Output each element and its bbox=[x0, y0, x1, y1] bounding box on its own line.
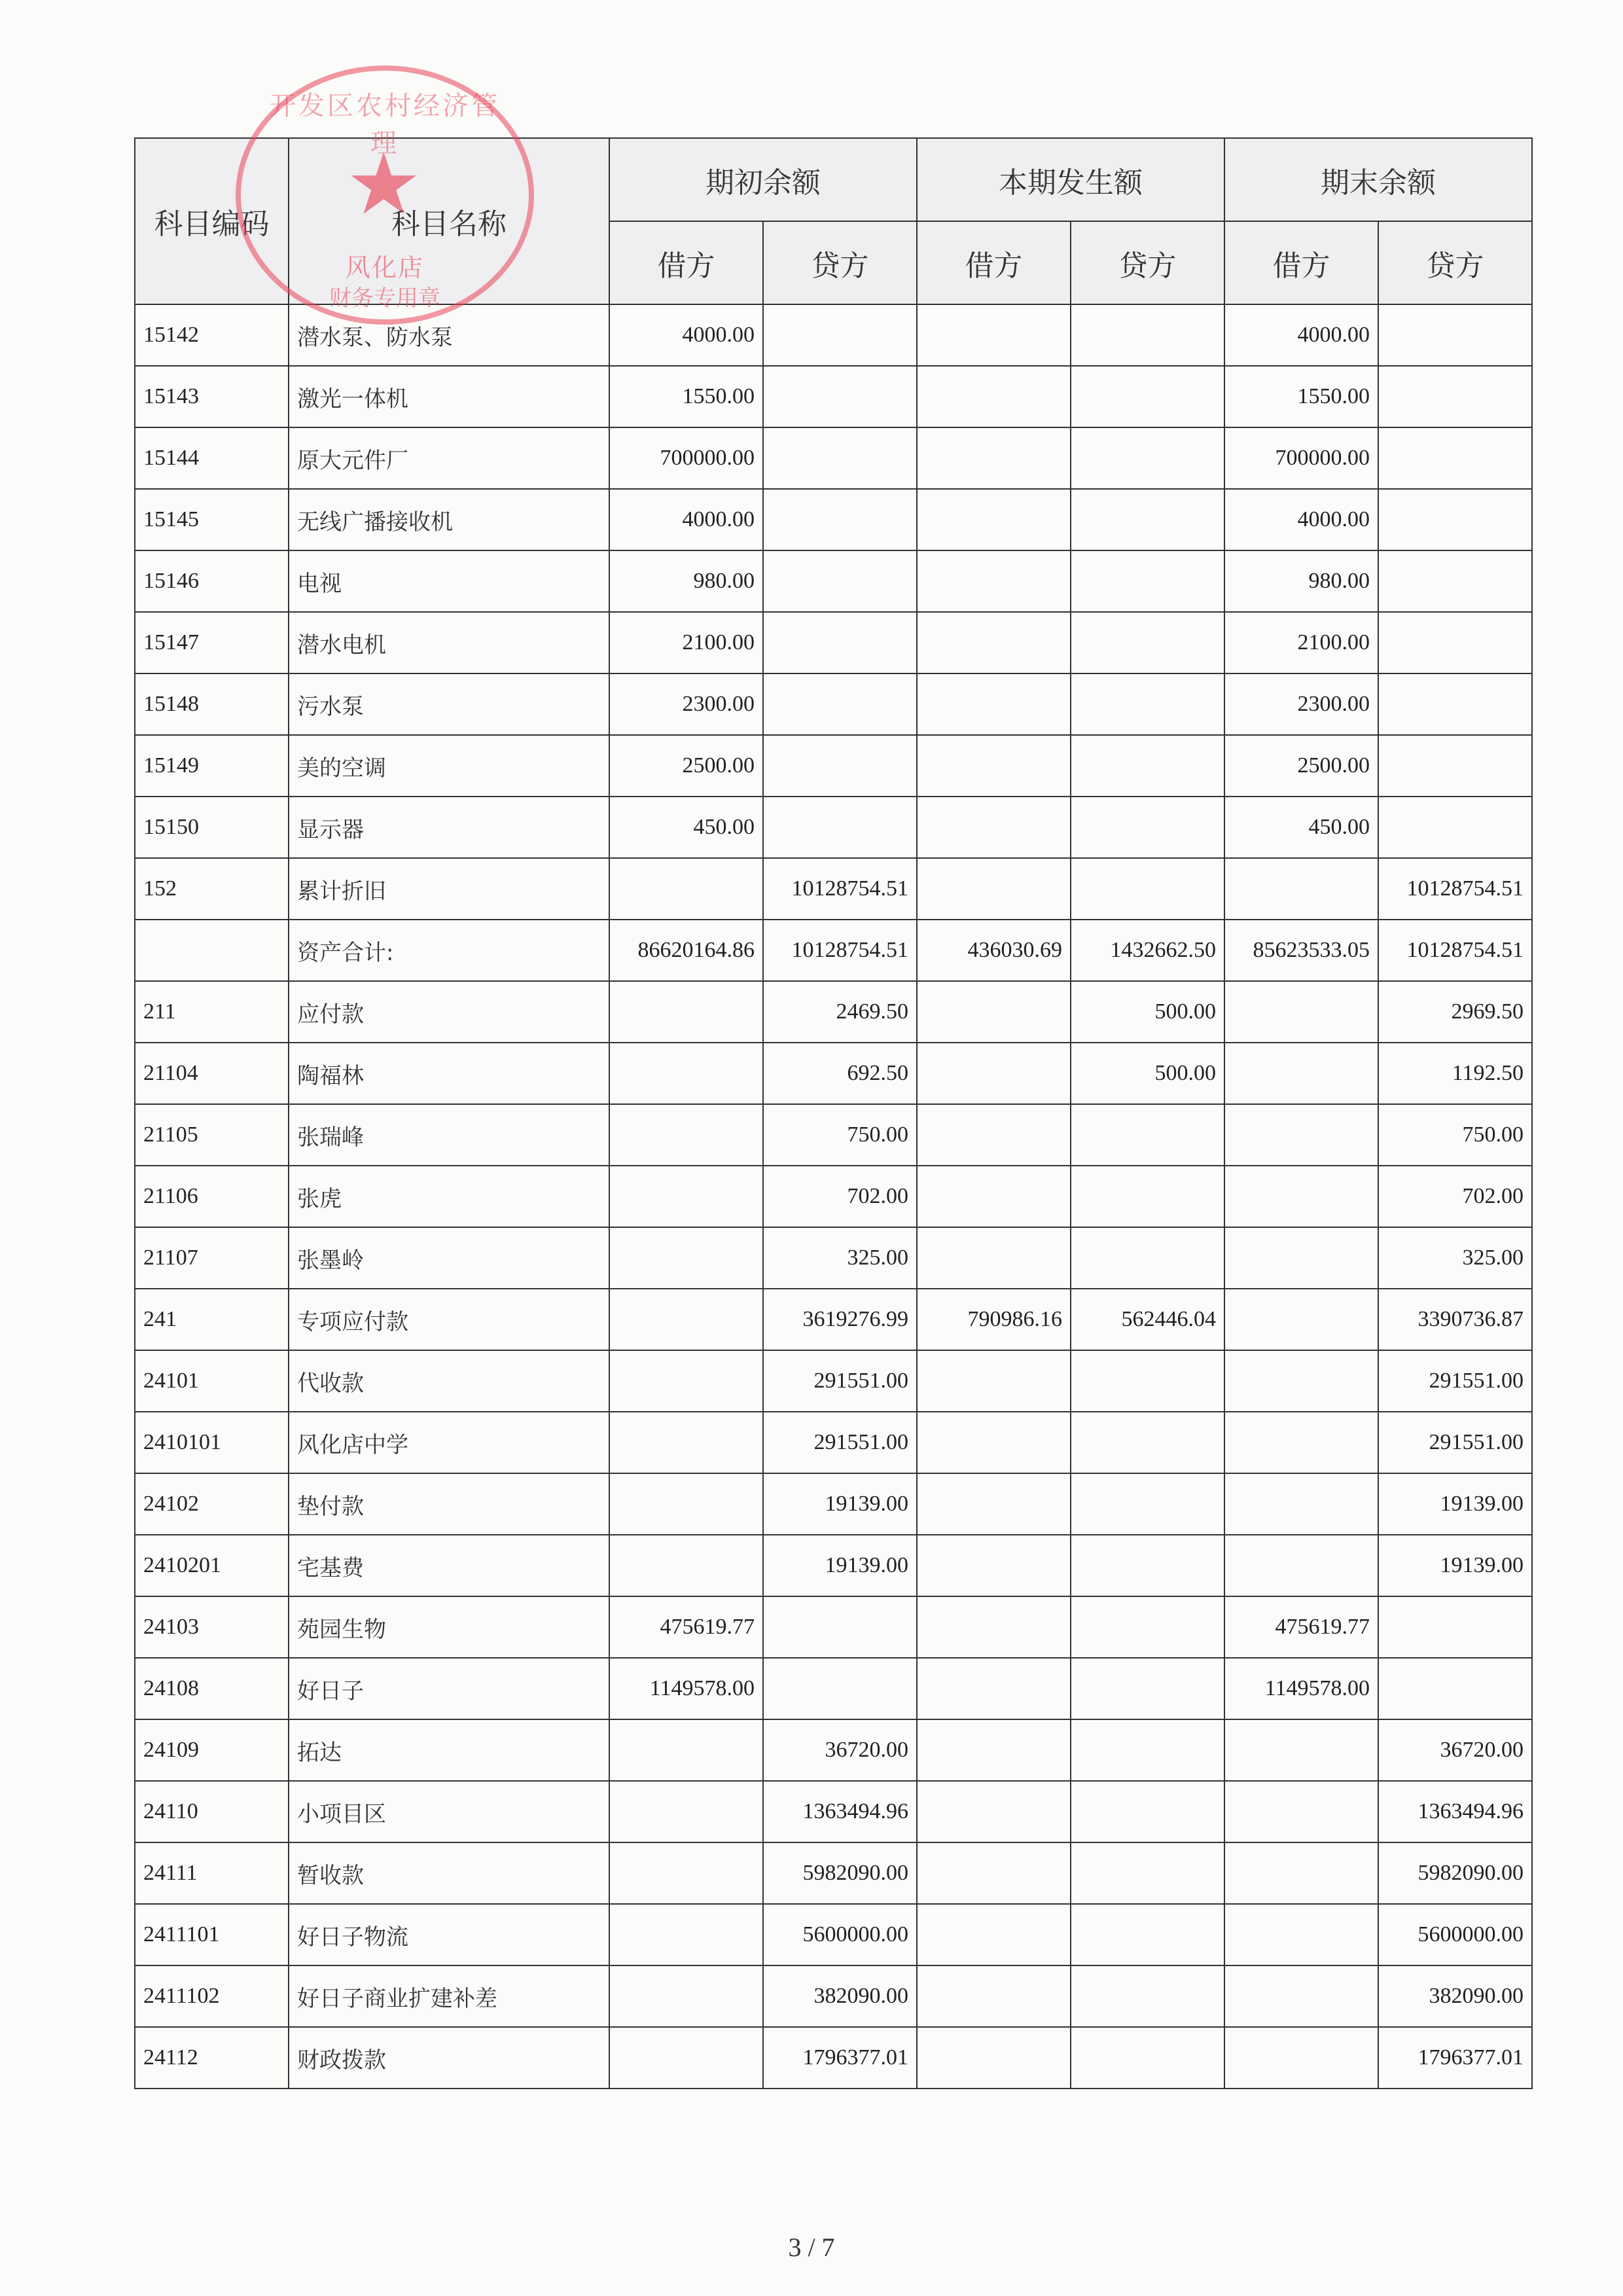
period-debit-cell bbox=[917, 673, 1071, 735]
opening-credit-cell bbox=[763, 550, 917, 612]
header-period-credit: 贷方 bbox=[1071, 221, 1224, 304]
header-opening-balance: 期初余额 bbox=[609, 138, 917, 221]
account-code: 24103 bbox=[135, 1596, 289, 1658]
closing-debit-cell: 4000.00 bbox=[1224, 489, 1378, 550]
opening-credit-cell: 291551.00 bbox=[763, 1412, 917, 1473]
period-credit-cell: 562446.04 bbox=[1071, 1289, 1224, 1350]
period-debit-cell bbox=[917, 489, 1071, 550]
account-name: 潜水泵、防水泵 bbox=[289, 304, 609, 366]
closing-debit-cell bbox=[1224, 1350, 1378, 1412]
balance-table: 科目编码 科目名称 期初余额 本期发生额 期末余额 借方 贷方 借方 贷方 借方… bbox=[134, 137, 1533, 2089]
opening-debit-cell bbox=[609, 1535, 763, 1596]
opening-debit-cell: 475619.77 bbox=[609, 1596, 763, 1658]
period-credit-cell bbox=[1071, 1719, 1224, 1781]
period-credit-cell bbox=[1071, 550, 1224, 612]
closing-debit-cell: 2500.00 bbox=[1224, 735, 1378, 797]
opening-debit-cell bbox=[609, 2027, 763, 2089]
account-name: 垫付款 bbox=[289, 1473, 609, 1535]
opening-debit-cell bbox=[609, 1719, 763, 1781]
closing-credit-cell: 19139.00 bbox=[1378, 1535, 1532, 1596]
period-credit-cell bbox=[1071, 673, 1224, 735]
table-row: 24109拓达36720.0036720.00 bbox=[135, 1719, 1532, 1781]
period-credit-cell: 500.00 bbox=[1071, 981, 1224, 1043]
period-credit-cell bbox=[1071, 2027, 1224, 2089]
opening-credit-cell: 3619276.99 bbox=[763, 1289, 917, 1350]
period-credit-cell bbox=[1071, 1227, 1224, 1289]
closing-debit-cell bbox=[1224, 1166, 1378, 1227]
period-debit-cell bbox=[917, 366, 1071, 427]
table-body: 15142潜水泵、防水泵4000.004000.0015143激光一体机1550… bbox=[135, 304, 1532, 2089]
table-row: 2410101风化店中学291551.00291551.00 bbox=[135, 1412, 1532, 1473]
table-row: 15144原大元件厂700000.00700000.00 bbox=[135, 427, 1532, 489]
closing-debit-cell: 450.00 bbox=[1224, 797, 1378, 858]
opening-credit-cell bbox=[763, 1596, 917, 1658]
account-code: 15142 bbox=[135, 304, 289, 366]
account-name: 资产合计: bbox=[289, 920, 609, 981]
closing-credit-cell bbox=[1378, 304, 1532, 366]
table-row: 24103苑园生物475619.77475619.77 bbox=[135, 1596, 1532, 1658]
period-debit-cell bbox=[917, 1904, 1071, 1965]
closing-credit-cell bbox=[1378, 735, 1532, 797]
opening-credit-cell: 291551.00 bbox=[763, 1350, 917, 1412]
period-credit-cell bbox=[1071, 489, 1224, 550]
opening-credit-cell: 5982090.00 bbox=[763, 1842, 917, 1904]
period-credit-cell bbox=[1071, 1658, 1224, 1719]
opening-credit-cell bbox=[763, 1658, 917, 1719]
opening-debit-cell: 4000.00 bbox=[609, 489, 763, 550]
closing-debit-cell: 1550.00 bbox=[1224, 366, 1378, 427]
account-name: 无线广播接收机 bbox=[289, 489, 609, 550]
account-name: 累计折旧 bbox=[289, 858, 609, 920]
account-code: 24102 bbox=[135, 1473, 289, 1535]
header-account-name: 科目名称 bbox=[289, 138, 609, 304]
table-row: 15150显示器450.00450.00 bbox=[135, 797, 1532, 858]
period-debit-cell bbox=[917, 1596, 1071, 1658]
opening-credit-cell: 325.00 bbox=[763, 1227, 917, 1289]
account-name: 宅基费 bbox=[289, 1535, 609, 1596]
opening-debit-cell: 2300.00 bbox=[609, 673, 763, 735]
account-code: 15148 bbox=[135, 673, 289, 735]
opening-credit-cell: 19139.00 bbox=[763, 1535, 917, 1596]
closing-debit-cell bbox=[1224, 858, 1378, 920]
account-code: 15147 bbox=[135, 612, 289, 673]
account-name: 污水泵 bbox=[289, 673, 609, 735]
opening-credit-cell: 702.00 bbox=[763, 1166, 917, 1227]
table-row: 21104陶福林692.50500.001192.50 bbox=[135, 1043, 1532, 1104]
account-code bbox=[135, 920, 289, 981]
opening-credit-cell bbox=[763, 366, 917, 427]
table-row: 15149美的空调2500.002500.00 bbox=[135, 735, 1532, 797]
closing-debit-cell bbox=[1224, 2027, 1378, 2089]
account-code: 24109 bbox=[135, 1719, 289, 1781]
opening-debit-cell bbox=[609, 1904, 763, 1965]
account-name: 好日子 bbox=[289, 1658, 609, 1719]
table-row: 2410201宅基费19139.0019139.00 bbox=[135, 1535, 1532, 1596]
closing-debit-cell: 1149578.00 bbox=[1224, 1658, 1378, 1719]
closing-credit-cell: 5982090.00 bbox=[1378, 1842, 1532, 1904]
account-code: 21107 bbox=[135, 1227, 289, 1289]
period-debit-cell bbox=[917, 1412, 1071, 1473]
opening-credit-cell: 692.50 bbox=[763, 1043, 917, 1104]
table-row: 211应付款2469.50500.002969.50 bbox=[135, 981, 1532, 1043]
closing-debit-cell bbox=[1224, 1904, 1378, 1965]
opening-debit-cell bbox=[609, 1227, 763, 1289]
opening-debit-cell bbox=[609, 1166, 763, 1227]
period-debit-cell: 436030.69 bbox=[917, 920, 1071, 981]
opening-debit-cell bbox=[609, 1412, 763, 1473]
closing-credit-cell: 382090.00 bbox=[1378, 1965, 1532, 2027]
account-code: 24108 bbox=[135, 1658, 289, 1719]
closing-debit-cell bbox=[1224, 1719, 1378, 1781]
header-opening-debit: 借方 bbox=[609, 221, 763, 304]
closing-credit-cell: 10128754.51 bbox=[1378, 920, 1532, 981]
account-name: 苑园生物 bbox=[289, 1596, 609, 1658]
period-debit-cell: 790986.16 bbox=[917, 1289, 1071, 1350]
account-name: 张墨岭 bbox=[289, 1227, 609, 1289]
closing-credit-cell bbox=[1378, 489, 1532, 550]
account-code: 2411102 bbox=[135, 1965, 289, 2027]
period-credit-cell bbox=[1071, 366, 1224, 427]
closing-credit-cell: 19139.00 bbox=[1378, 1473, 1532, 1535]
closing-credit-cell: 3390736.87 bbox=[1378, 1289, 1532, 1350]
period-debit-cell bbox=[917, 1719, 1071, 1781]
account-name: 小项目区 bbox=[289, 1781, 609, 1842]
period-debit-cell bbox=[917, 1473, 1071, 1535]
account-code: 24111 bbox=[135, 1842, 289, 1904]
period-debit-cell bbox=[917, 1350, 1071, 1412]
period-credit-cell bbox=[1071, 1842, 1224, 1904]
account-name: 财政拨款 bbox=[289, 2027, 609, 2089]
closing-debit-cell bbox=[1224, 1781, 1378, 1842]
table-row: 21105张瑞峰750.00750.00 bbox=[135, 1104, 1532, 1166]
opening-credit-cell bbox=[763, 427, 917, 489]
closing-credit-cell: 750.00 bbox=[1378, 1104, 1532, 1166]
opening-debit-cell: 1550.00 bbox=[609, 366, 763, 427]
opening-credit-cell: 1796377.01 bbox=[763, 2027, 917, 2089]
account-name: 激光一体机 bbox=[289, 366, 609, 427]
account-name: 美的空调 bbox=[289, 735, 609, 797]
account-name: 好日子物流 bbox=[289, 1904, 609, 1965]
closing-credit-cell bbox=[1378, 1596, 1532, 1658]
period-debit-cell bbox=[917, 797, 1071, 858]
account-name: 专项应付款 bbox=[289, 1289, 609, 1350]
opening-debit-cell: 700000.00 bbox=[609, 427, 763, 489]
opening-debit-cell bbox=[609, 858, 763, 920]
header-closing-credit: 贷方 bbox=[1378, 221, 1532, 304]
account-name: 张瑞峰 bbox=[289, 1104, 609, 1166]
closing-credit-cell: 10128754.51 bbox=[1378, 858, 1532, 920]
period-debit-cell bbox=[917, 2027, 1071, 2089]
closing-debit-cell bbox=[1224, 1965, 1378, 2027]
closing-credit-cell: 1192.50 bbox=[1378, 1043, 1532, 1104]
closing-credit-cell bbox=[1378, 366, 1532, 427]
period-debit-cell bbox=[917, 427, 1071, 489]
opening-credit-cell: 10128754.51 bbox=[763, 858, 917, 920]
closing-debit-cell: 980.00 bbox=[1224, 550, 1378, 612]
closing-credit-cell: 1363494.96 bbox=[1378, 1781, 1532, 1842]
account-code: 15145 bbox=[135, 489, 289, 550]
closing-credit-cell: 325.00 bbox=[1378, 1227, 1532, 1289]
closing-debit-cell bbox=[1224, 1842, 1378, 1904]
account-code: 15146 bbox=[135, 550, 289, 612]
account-code: 15149 bbox=[135, 735, 289, 797]
period-credit-cell bbox=[1071, 1412, 1224, 1473]
account-name: 电视 bbox=[289, 550, 609, 612]
table-row: 24102垫付款19139.0019139.00 bbox=[135, 1473, 1532, 1535]
opening-debit-cell: 980.00 bbox=[609, 550, 763, 612]
period-debit-cell bbox=[917, 1227, 1071, 1289]
closing-credit-cell bbox=[1378, 612, 1532, 673]
opening-debit-cell: 450.00 bbox=[609, 797, 763, 858]
period-debit-cell bbox=[917, 1166, 1071, 1227]
closing-debit-cell bbox=[1224, 1104, 1378, 1166]
table-row: 24112财政拨款1796377.011796377.01 bbox=[135, 2027, 1532, 2089]
period-credit-cell bbox=[1071, 797, 1224, 858]
account-code: 15144 bbox=[135, 427, 289, 489]
closing-debit-cell bbox=[1224, 1535, 1378, 1596]
period-credit-cell bbox=[1071, 1104, 1224, 1166]
closing-credit-cell bbox=[1378, 427, 1532, 489]
account-name: 显示器 bbox=[289, 797, 609, 858]
closing-debit-cell: 2100.00 bbox=[1224, 612, 1378, 673]
account-name: 原大元件厂 bbox=[289, 427, 609, 489]
opening-credit-cell: 10128754.51 bbox=[763, 920, 917, 981]
opening-debit-cell bbox=[609, 1473, 763, 1535]
period-debit-cell bbox=[917, 1842, 1071, 1904]
closing-debit-cell bbox=[1224, 1043, 1378, 1104]
closing-debit-cell bbox=[1224, 1289, 1378, 1350]
period-credit-cell bbox=[1071, 427, 1224, 489]
closing-debit-cell: 475619.77 bbox=[1224, 1596, 1378, 1658]
closing-credit-cell bbox=[1378, 673, 1532, 735]
opening-credit-cell bbox=[763, 304, 917, 366]
opening-credit-cell: 1363494.96 bbox=[763, 1781, 917, 1842]
closing-debit-cell bbox=[1224, 981, 1378, 1043]
closing-debit-cell: 700000.00 bbox=[1224, 427, 1378, 489]
table-row: 241专项应付款3619276.99790986.16562446.043390… bbox=[135, 1289, 1532, 1350]
closing-credit-cell bbox=[1378, 550, 1532, 612]
closing-credit-cell bbox=[1378, 797, 1532, 858]
table-row: 24108好日子1149578.001149578.00 bbox=[135, 1658, 1532, 1719]
table-row: 资产合计:86620164.8610128754.51436030.691432… bbox=[135, 920, 1532, 981]
header-closing-debit: 借方 bbox=[1224, 221, 1378, 304]
account-name: 张虎 bbox=[289, 1166, 609, 1227]
period-debit-cell bbox=[917, 1043, 1071, 1104]
period-credit-cell: 500.00 bbox=[1071, 1043, 1224, 1104]
opening-credit-cell bbox=[763, 489, 917, 550]
account-name: 陶福林 bbox=[289, 1043, 609, 1104]
account-code: 24112 bbox=[135, 2027, 289, 2089]
table-row: 15148污水泵2300.002300.00 bbox=[135, 673, 1532, 735]
opening-credit-cell: 750.00 bbox=[763, 1104, 917, 1166]
account-name: 好日子商业扩建补差 bbox=[289, 1965, 609, 2027]
opening-debit-cell bbox=[609, 981, 763, 1043]
closing-credit-cell: 5600000.00 bbox=[1378, 1904, 1532, 1965]
closing-debit-cell bbox=[1224, 1227, 1378, 1289]
opening-credit-cell: 382090.00 bbox=[763, 1965, 917, 2027]
period-debit-cell bbox=[917, 1781, 1071, 1842]
table-row: 15145无线广播接收机4000.004000.00 bbox=[135, 489, 1532, 550]
header-period-activity: 本期发生额 bbox=[917, 138, 1224, 221]
period-credit-cell: 1432662.50 bbox=[1071, 920, 1224, 981]
account-name: 潜水电机 bbox=[289, 612, 609, 673]
closing-debit-cell: 2300.00 bbox=[1224, 673, 1378, 735]
closing-credit-cell: 1796377.01 bbox=[1378, 2027, 1532, 2089]
period-credit-cell bbox=[1071, 304, 1224, 366]
closing-debit-cell bbox=[1224, 1412, 1378, 1473]
opening-debit-cell bbox=[609, 1104, 763, 1166]
period-credit-cell bbox=[1071, 858, 1224, 920]
account-code: 24110 bbox=[135, 1781, 289, 1842]
account-code: 241 bbox=[135, 1289, 289, 1350]
opening-debit-cell bbox=[609, 1289, 763, 1350]
closing-credit-cell: 702.00 bbox=[1378, 1166, 1532, 1227]
opening-debit-cell: 86620164.86 bbox=[609, 920, 763, 981]
table-row: 24111暂收款5982090.005982090.00 bbox=[135, 1842, 1532, 1904]
account-name: 代收款 bbox=[289, 1350, 609, 1412]
period-credit-cell bbox=[1071, 612, 1224, 673]
account-name: 暂收款 bbox=[289, 1842, 609, 1904]
table-row: 24110小项目区1363494.961363494.96 bbox=[135, 1781, 1532, 1842]
period-credit-cell bbox=[1071, 1350, 1224, 1412]
closing-credit-cell bbox=[1378, 1658, 1532, 1719]
table-row: 2411102好日子商业扩建补差382090.00382090.00 bbox=[135, 1965, 1532, 2027]
period-debit-cell bbox=[917, 1535, 1071, 1596]
opening-debit-cell bbox=[609, 1842, 763, 1904]
period-debit-cell bbox=[917, 981, 1071, 1043]
table-row: 15142潜水泵、防水泵4000.004000.00 bbox=[135, 304, 1532, 366]
header-opening-credit: 贷方 bbox=[763, 221, 917, 304]
page-number: 3 / 7 bbox=[0, 2232, 1623, 2263]
table-row: 15147潜水电机2100.002100.00 bbox=[135, 612, 1532, 673]
period-credit-cell bbox=[1071, 1965, 1224, 2027]
opening-debit-cell: 2500.00 bbox=[609, 735, 763, 797]
table-row: 15143激光一体机1550.001550.00 bbox=[135, 366, 1532, 427]
account-code: 21106 bbox=[135, 1166, 289, 1227]
account-code: 21105 bbox=[135, 1104, 289, 1166]
opening-debit-cell bbox=[609, 1043, 763, 1104]
closing-debit-cell bbox=[1224, 1473, 1378, 1535]
account-code: 21104 bbox=[135, 1043, 289, 1104]
opening-credit-cell bbox=[763, 735, 917, 797]
header-account-code: 科目编码 bbox=[135, 138, 289, 304]
closing-debit-cell: 4000.00 bbox=[1224, 304, 1378, 366]
account-name: 拓达 bbox=[289, 1719, 609, 1781]
table-row: 21106张虎702.00702.00 bbox=[135, 1166, 1532, 1227]
opening-debit-cell bbox=[609, 1965, 763, 2027]
account-code: 152 bbox=[135, 858, 289, 920]
period-debit-cell bbox=[917, 1965, 1071, 2027]
opening-debit-cell: 2100.00 bbox=[609, 612, 763, 673]
opening-credit-cell bbox=[763, 797, 917, 858]
opening-credit-cell: 36720.00 bbox=[763, 1719, 917, 1781]
opening-credit-cell bbox=[763, 612, 917, 673]
period-debit-cell bbox=[917, 550, 1071, 612]
period-credit-cell bbox=[1071, 735, 1224, 797]
period-credit-cell bbox=[1071, 1781, 1224, 1842]
account-code: 15150 bbox=[135, 797, 289, 858]
opening-credit-cell: 5600000.00 bbox=[763, 1904, 917, 1965]
period-debit-cell bbox=[917, 304, 1071, 366]
closing-credit-cell: 291551.00 bbox=[1378, 1412, 1532, 1473]
closing-credit-cell: 36720.00 bbox=[1378, 1719, 1532, 1781]
period-debit-cell bbox=[917, 1104, 1071, 1166]
table-row: 152累计折旧10128754.5110128754.51 bbox=[135, 858, 1532, 920]
opening-debit-cell bbox=[609, 1350, 763, 1412]
account-code: 24101 bbox=[135, 1350, 289, 1412]
opening-debit-cell: 4000.00 bbox=[609, 304, 763, 366]
period-credit-cell bbox=[1071, 1473, 1224, 1535]
opening-debit-cell bbox=[609, 1781, 763, 1842]
table-row: 21107张墨岭325.00325.00 bbox=[135, 1227, 1532, 1289]
closing-credit-cell: 291551.00 bbox=[1378, 1350, 1532, 1412]
account-code: 211 bbox=[135, 981, 289, 1043]
period-debit-cell bbox=[917, 1658, 1071, 1719]
period-debit-cell bbox=[917, 735, 1071, 797]
account-code: 2410201 bbox=[135, 1535, 289, 1596]
account-code: 15143 bbox=[135, 366, 289, 427]
period-credit-cell bbox=[1071, 1535, 1224, 1596]
opening-credit-cell: 19139.00 bbox=[763, 1473, 917, 1535]
closing-debit-cell: 85623533.05 bbox=[1224, 920, 1378, 981]
opening-credit-cell bbox=[763, 673, 917, 735]
table-row: 15146电视980.00980.00 bbox=[135, 550, 1532, 612]
opening-debit-cell: 1149578.00 bbox=[609, 1658, 763, 1719]
table-row: 2411101好日子物流5600000.005600000.00 bbox=[135, 1904, 1532, 1965]
period-credit-cell bbox=[1071, 1596, 1224, 1658]
account-code: 2410101 bbox=[135, 1412, 289, 1473]
header-period-debit: 借方 bbox=[917, 221, 1071, 304]
period-credit-cell bbox=[1071, 1166, 1224, 1227]
table-row: 24101代收款291551.00291551.00 bbox=[135, 1350, 1532, 1412]
period-debit-cell bbox=[917, 612, 1071, 673]
closing-credit-cell: 2969.50 bbox=[1378, 981, 1532, 1043]
account-code: 2411101 bbox=[135, 1904, 289, 1965]
period-debit-cell bbox=[917, 858, 1071, 920]
opening-credit-cell: 2469.50 bbox=[763, 981, 917, 1043]
account-name: 风化店中学 bbox=[289, 1412, 609, 1473]
header-closing-balance: 期末余额 bbox=[1224, 138, 1532, 221]
period-credit-cell bbox=[1071, 1904, 1224, 1965]
account-name: 应付款 bbox=[289, 981, 609, 1043]
